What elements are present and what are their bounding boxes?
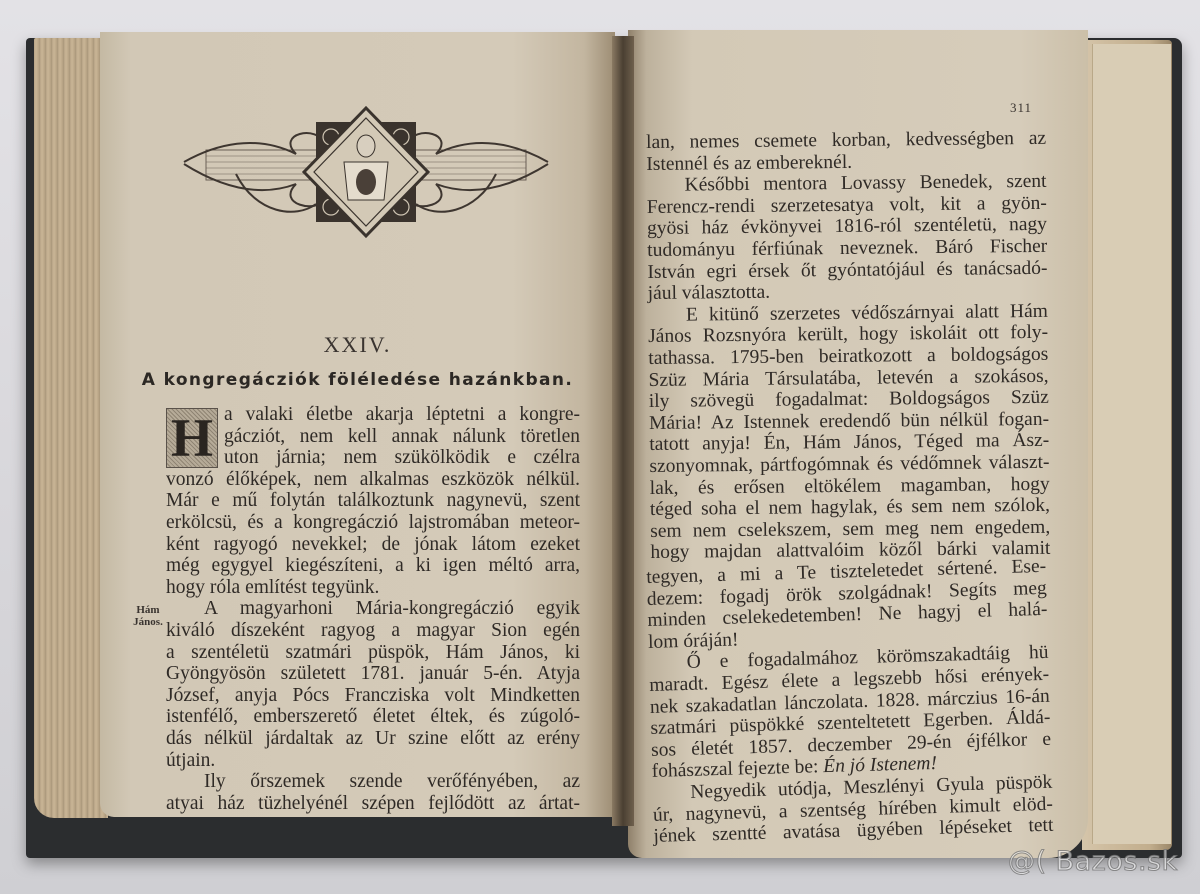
text-line: lan, nemes csemete korban, kedvességben … bbox=[646, 128, 1046, 154]
margin-note-line: Hám bbox=[126, 604, 170, 616]
text-line: A magyarhoni Mária-kongregáczió egyik bbox=[166, 598, 580, 620]
page-number: 311 bbox=[1010, 100, 1032, 116]
right-page-text-lower: tegyen, a mi a Te tiszteletedet sértené.… bbox=[646, 556, 1054, 848]
text-line: kiváló díszeként ragyog a magyar Sion eg… bbox=[166, 620, 580, 642]
text-line: Már e mű folytán találkoztunk nagynevü, … bbox=[166, 490, 580, 512]
text-line: uton járnia; nem szükölködik e czélra bbox=[166, 447, 580, 469]
text-line: József, anyja Pócs Francziska volt Mindk… bbox=[166, 685, 580, 707]
margin-note: Hám János. bbox=[126, 604, 170, 628]
text-line: a valaki életbe akarja léptetni a kongre… bbox=[166, 404, 580, 426]
margin-note-line: János. bbox=[126, 616, 170, 628]
text-line: útjain. bbox=[166, 750, 580, 772]
left-page-stack bbox=[34, 38, 108, 818]
text-line: vonzó élőképek, nem alkalmas eszközök né… bbox=[166, 469, 580, 491]
text-line: atyai ház tüzhelyénél szépen fejlődött a… bbox=[166, 793, 580, 815]
text-line: gácziót, nem kell annak nálunk töretlen bbox=[166, 426, 580, 448]
text-line: erkölcsü, és a kongregáczió lajstromában… bbox=[166, 512, 580, 534]
text-line: istenfélő, emberszerető életet éltek, és… bbox=[166, 706, 580, 728]
text-line: István egri érsek őt gyóntatójául és tan… bbox=[647, 257, 1047, 283]
text-line: Gyöngyösön született 1781. január 5-én. … bbox=[166, 663, 580, 685]
book-gutter bbox=[612, 36, 634, 826]
text-line: hogy róla említést tegyünk. bbox=[166, 577, 580, 599]
text-line: dás nélkül járdaltak az Ur szine előtt a… bbox=[166, 728, 580, 750]
head-piece-ornament-icon bbox=[176, 104, 556, 244]
text-line: Ily őrszemek szende verőfényében, az bbox=[166, 771, 580, 793]
chapter-number: XXIV. bbox=[100, 332, 615, 358]
left-page-text: a valaki életbe akarja léptetni a kongre… bbox=[166, 404, 580, 814]
text-line: ként ragyogó nevekkel; de jónak látom ez… bbox=[166, 534, 580, 556]
right-underlying-page bbox=[1092, 44, 1171, 844]
right-page-text-upper: lan, nemes csemete korban, kedvességben … bbox=[646, 128, 1051, 564]
bazos-watermark: @( Bazos.sk bbox=[1008, 846, 1178, 877]
text-line: a szentéletü szatmári püspök, Hám János,… bbox=[166, 642, 580, 664]
italic-quote: Én jó Istenem! bbox=[823, 753, 937, 777]
chapter-title: A kongregácziók föléledése hazánkban. bbox=[100, 370, 615, 390]
text-line: még egygyel kiegészíteni, a ki igen mélt… bbox=[166, 555, 580, 577]
